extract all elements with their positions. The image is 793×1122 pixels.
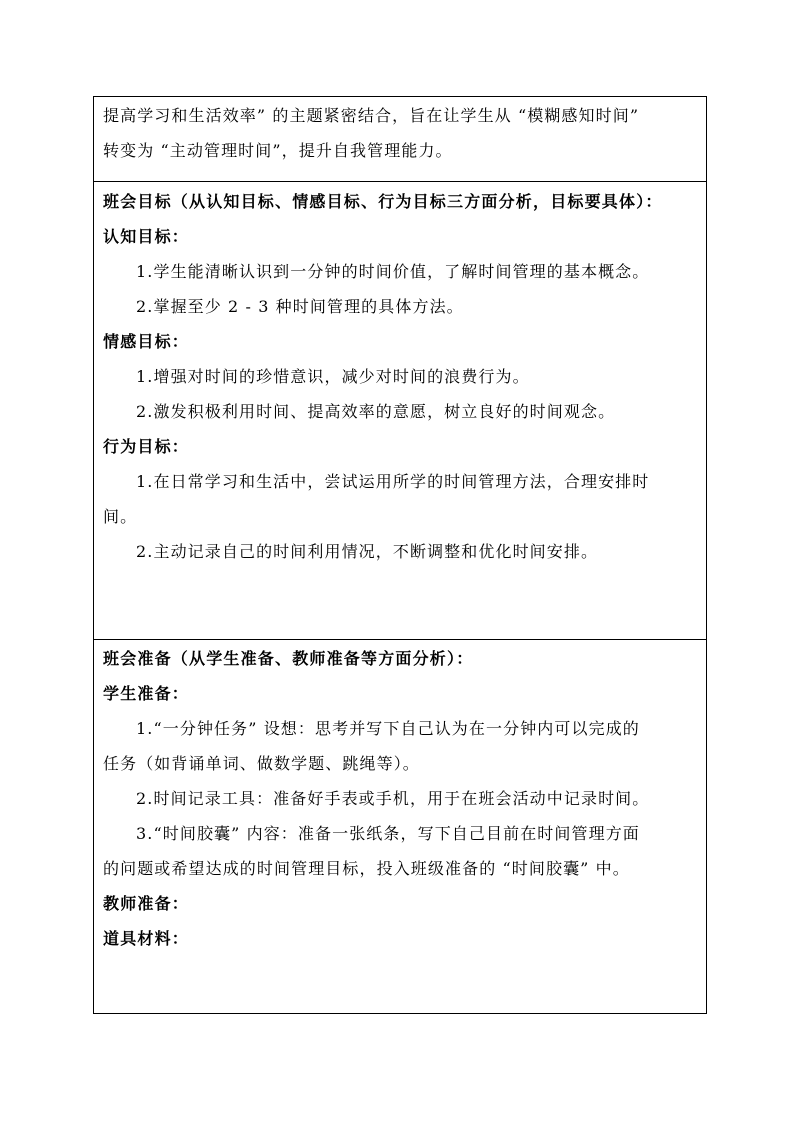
goals-title: 班会目标（从认知目标、情感目标、行为目标三方面分析，目标要具体）： bbox=[103, 184, 698, 219]
cognitive-goal-item: 1.学生能清晰认识到一分钟的时间价值，了解时间管理的基本概念。 bbox=[103, 254, 698, 289]
emotional-goals-label: 情感目标： bbox=[103, 324, 698, 359]
cognitive-goal-item: 2.掌握至少 2 - 3 种时间管理的具体方法。 bbox=[103, 289, 698, 324]
intro-cell: 提高学习和生活效率” 的主题紧密结合，旨在让学生从 “模糊感知时间” 转变为 “… bbox=[94, 97, 706, 181]
preparation-cell: 班会准备（从学生准备、教师准备等方面分析）： 学生准备： 1.“一分钟任务” 设… bbox=[94, 639, 706, 1013]
behavioral-goal-item-2: 2.主动记录自己的时间利用情况，不断调整和优化时间安排。 bbox=[103, 534, 698, 569]
goals-cell: 班会目标（从认知目标、情感目标、行为目标三方面分析，目标要具体）： 认知目标： … bbox=[94, 181, 706, 639]
behavioral-goal-item-1-line-2: 间。 bbox=[103, 499, 698, 534]
materials-label: 道具材料： bbox=[103, 921, 698, 956]
student-prep-item-1-line-2: 任务（如背诵单词、做数学题、跳绳等）。 bbox=[103, 746, 698, 781]
behavioral-goal-item-1-line-1: 1.在日常学习和生活中，尝试运用所学的时间管理方法，合理安排时 bbox=[103, 464, 698, 499]
emotional-goal-item: 2.激发积极利用时间、提高效率的意愿，树立良好的时间观念。 bbox=[103, 394, 698, 429]
student-prep-item-3-line-2: 的问题或希望达成的时间管理目标，投入班级准备的 “时间胶囊” 中。 bbox=[103, 851, 698, 886]
cognitive-goals-label: 认知目标： bbox=[103, 219, 698, 254]
lesson-plan-table: 提高学习和生活效率” 的主题紧密结合，旨在让学生从 “模糊感知时间” 转变为 “… bbox=[93, 96, 707, 1014]
student-prep-item-2: 2.时间记录工具：准备好手表或手机，用于在班会活动中记录时间。 bbox=[103, 781, 698, 816]
teacher-prep-label: 教师准备： bbox=[103, 886, 698, 921]
emotional-goal-item: 1.增强对时间的珍惜意识，减少对时间的浪费行为。 bbox=[103, 359, 698, 394]
behavioral-goals-label: 行为目标： bbox=[103, 429, 698, 464]
student-prep-item-1-line-1: 1.“一分钟任务” 设想：思考并写下自己认为在一分钟内可以完成的 bbox=[103, 711, 698, 746]
student-prep-item-3-line-1: 3.“时间胶囊” 内容：准备一张纸条，写下自己目前在时间管理方面 bbox=[103, 816, 698, 851]
intro-line-1: 提高学习和生活效率” 的主题紧密结合，旨在让学生从 “模糊感知时间” bbox=[103, 98, 698, 133]
preparation-title: 班会准备（从学生准备、教师准备等方面分析）： bbox=[103, 641, 698, 676]
intro-line-2: 转变为 “主动管理时间”，提升自我管理能力。 bbox=[103, 133, 698, 168]
student-prep-label: 学生准备： bbox=[103, 676, 698, 711]
